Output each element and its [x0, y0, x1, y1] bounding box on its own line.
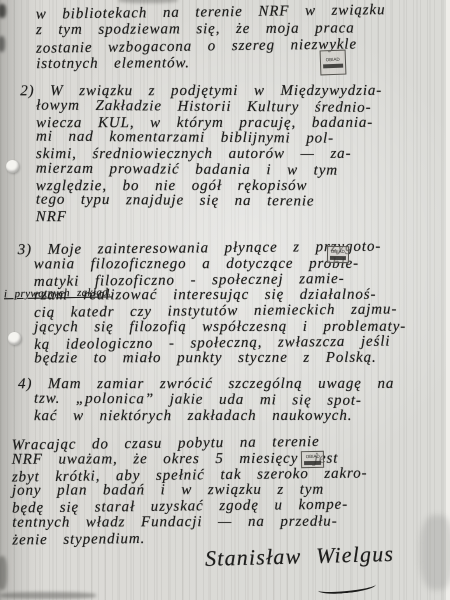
- handwriting-line: będzie to miało punkty styczne z Polską.: [34, 351, 444, 367]
- paragraph-closing: Wracając do czasu pobytu na terenie NRF …: [12, 434, 445, 547]
- paragraph-2: 2) W związku z podjętymi w Międzywydzia-…: [36, 83, 444, 226]
- archive-stamp: OBIAD: [320, 50, 347, 76]
- handwriting-line: wania filozoficznego a dotyczące proble-: [34, 256, 444, 272]
- hole-punch: [8, 332, 21, 345]
- scan-smudge: [0, 592, 96, 599]
- archive-stamp: OBIAD: [327, 246, 349, 263]
- scan-smudge: [0, 556, 7, 590]
- hole-punch: [6, 160, 19, 173]
- stamp-label: OBIAD: [305, 455, 319, 460]
- paragraph-3: 3) Moje zainteresowania płynące z przygo…: [34, 240, 445, 368]
- scan-smudge: [0, 36, 5, 52]
- archive-stamp: OBIAD: [301, 451, 324, 468]
- stamp-label: OBIAD: [331, 250, 345, 255]
- stamp-bar: [330, 255, 346, 259]
- stamp-label: OBIAD: [326, 58, 340, 63]
- handwriting-line: tego typu znajduje się na terenie: [36, 193, 444, 212]
- scan-right-edge: [446, 0, 450, 600]
- handwriting-line: kać w niektórych zakładach naukowych.: [34, 408, 444, 424]
- stamp-bar: [304, 460, 321, 464]
- paragraph-4: 4) Mam zamiar zwrócić szczególną uwagę n…: [34, 376, 444, 425]
- signature: Stanisław Wielgus: [205, 545, 425, 567]
- handwriting-line: istotnych elementów.: [36, 54, 444, 73]
- scan-smudge: [0, 4, 6, 18]
- stamp-bar: [323, 63, 343, 68]
- paragraph-intro: w bibliotekach na terenie NRF w związku …: [36, 2, 445, 74]
- handwriting-line: NRF: [36, 210, 444, 226]
